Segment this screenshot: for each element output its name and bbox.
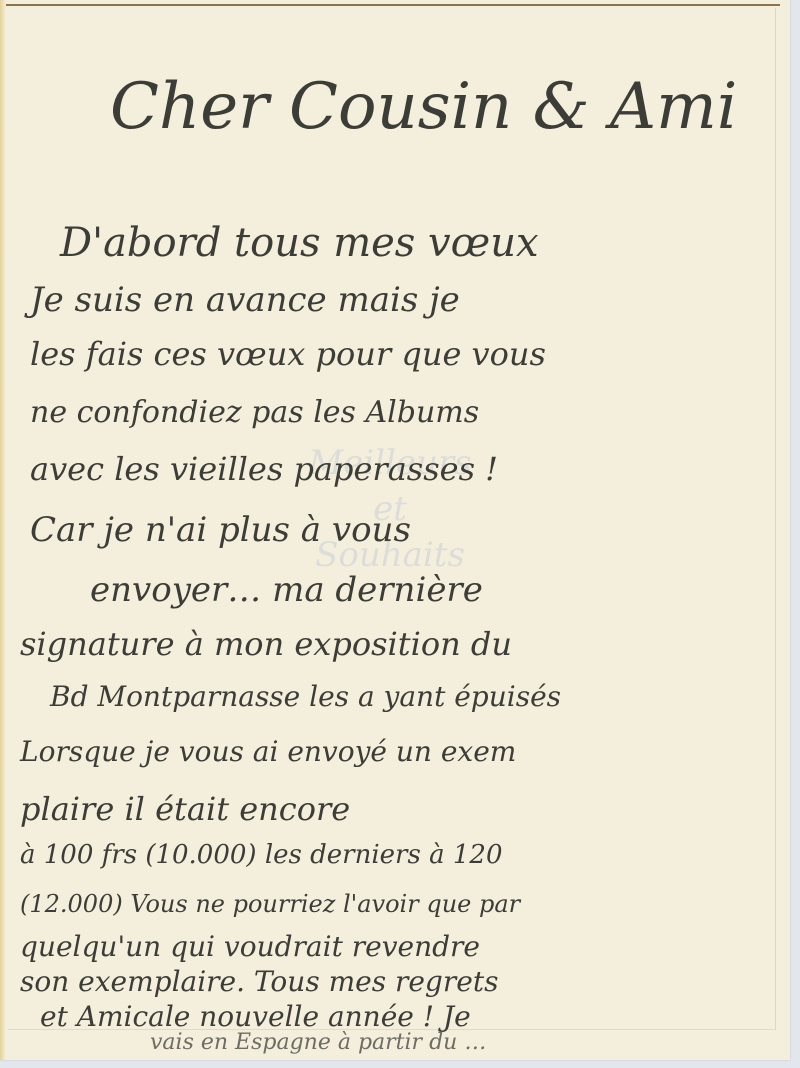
- paper-left-edge: [0, 0, 6, 1060]
- letter-line: quelqu'un qui voudrait revendre: [20, 930, 480, 963]
- letter-line: plaire il était encore: [20, 790, 350, 828]
- letter-line: et Amicale nouvelle année ! Je: [40, 1000, 471, 1033]
- letter-line: vais en Espagne à partir du …: [150, 1030, 486, 1055]
- letter-line: envoyer… ma dernière: [90, 570, 483, 610]
- letter-line: Lorsque je vous ai envoyé un exem: [20, 735, 516, 768]
- letter-line: Je suis en avance mais je: [30, 280, 460, 320]
- letter-line: D'abord tous mes vœux: [60, 220, 539, 266]
- letter-line: à 100 frs (10.000) les derniers à 120: [20, 840, 503, 870]
- letter-line: (12.000) Vous ne pourriez l'avoir que pa…: [20, 890, 520, 918]
- letter-line: Car je n'ai plus à vous: [30, 510, 411, 550]
- letter-line: signature à mon exposition du: [20, 625, 512, 663]
- letter-line: avec les vieilles paperasses !: [30, 450, 498, 488]
- letter-paper: Meilleurs et Souhaits Cher Cousin & Ami …: [0, 0, 790, 1060]
- letter-line: les fais ces vœux pour que vous: [30, 335, 546, 373]
- letter-line: son exemplaire. Tous mes regrets: [20, 965, 498, 998]
- paper-top-edge: [6, 4, 780, 6]
- letter-line: Bd Montparnasse les a yant épuisés: [50, 680, 561, 713]
- salutation: Cher Cousin & Ami: [110, 70, 737, 144]
- letter-line: ne confondiez pas les Albums: [30, 395, 479, 430]
